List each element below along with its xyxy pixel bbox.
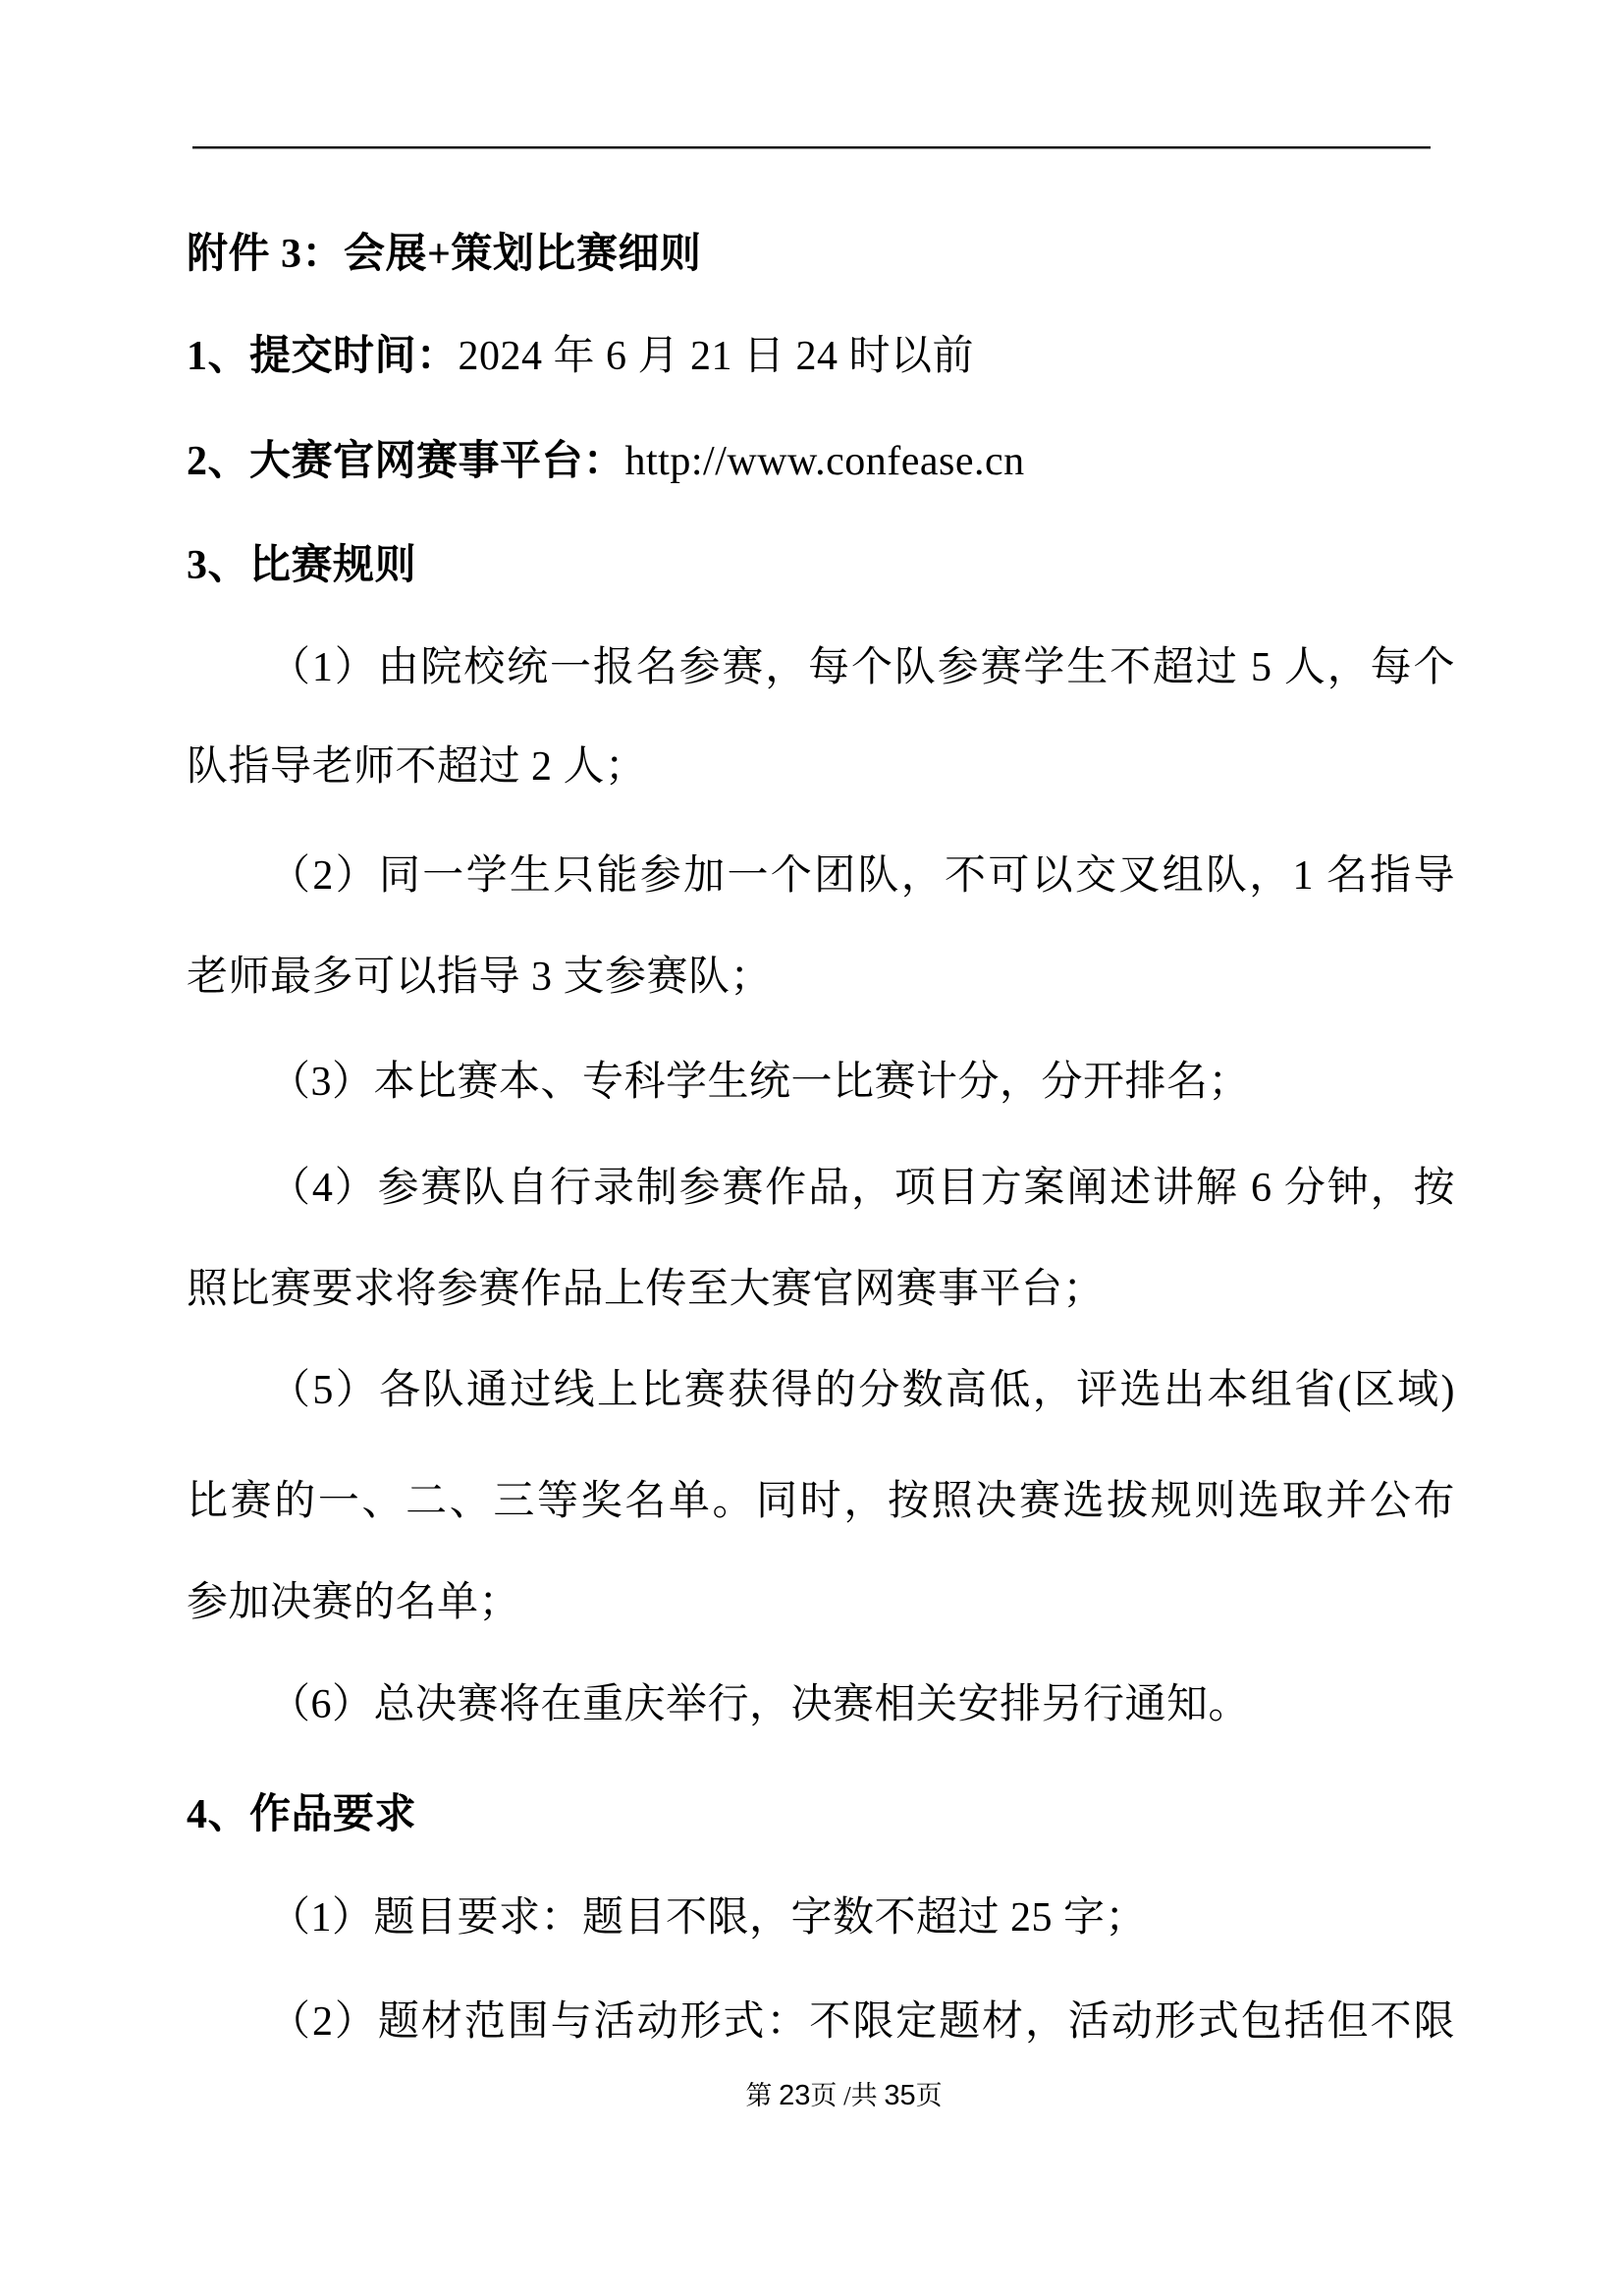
rule-line: （4）参赛队自行录制参赛作品，项目方案阐述讲解 6 分钟，按 <box>187 1164 1455 1213</box>
rule-line: 队指导老师不超过 2 人； <box>187 742 1455 792</box>
rule-line: （1）由院校统一报名参赛，每个队参赛学生不超过 5 人，每个 <box>187 643 1455 692</box>
rule-line: 参加决赛的名单； <box>187 1578 1455 1627</box>
rule-line: （5）各队通过线上比赛获得的分数高低，评选出本组省(区域) <box>187 1366 1455 1415</box>
rule-line: （2）同一学生只能参加一个团队，不可以交叉组队，1 名指导 <box>187 851 1455 901</box>
footer-prefix: 第 <box>745 2081 779 2110</box>
submission-time-value: 2024 年 6 月 21 日 24 时以前 <box>459 334 975 379</box>
rule-line: 比赛的一、二、三等奖名单。同时，按照决赛选拔规则选取并公布 <box>187 1477 1455 1526</box>
footer-current-page: 23 <box>779 2080 810 2111</box>
section-heading-rules: 3、比赛规则 <box>187 541 1455 590</box>
work-requirement-line: （1）题目要求：题目不限，字数不超过 25 字； <box>187 1893 1455 1942</box>
rule-line: （3）本比赛本、专科学生统一比赛计分，分开排名； <box>187 1058 1455 1107</box>
item-submission-time: 1、提交时间：2024 年 6 月 21 日 24 时以前 <box>187 332 1455 381</box>
footer-separator: 页 /共 <box>810 2081 884 2110</box>
rule-line: 照比赛要求将参赛作品上传至大赛官网赛事平台； <box>187 1265 1455 1314</box>
rule-line: 老师最多可以指导 3 支参赛队； <box>187 953 1455 1002</box>
work-requirement-line: （2）题材范围与活动形式：不限定题材，活动形式包括但不限 <box>187 1997 1455 2047</box>
section-heading-works: 4、作品要求 <box>187 1790 1455 1839</box>
footer-suffix: 页 <box>916 2081 943 2110</box>
page-title: 附件 3：会展+策划比赛细则 <box>187 230 1455 279</box>
page-footer: 第 23页 /共 35页 <box>0 2080 1623 2111</box>
footer-total-pages: 35 <box>884 2080 915 2111</box>
document-page: 附件 3：会展+策划比赛细则 1、提交时间：2024 年 6 月 21 日 24… <box>0 0 1623 2296</box>
platform-label: 2、大赛官网赛事平台： <box>187 439 625 484</box>
rule-line: （6）总决赛将在重庆举行，决赛相关安排另行通知。 <box>187 1680 1455 1729</box>
platform-url: http://www.confease.cn <box>625 439 1025 484</box>
header-rule <box>192 146 1431 149</box>
submission-time-label: 1、提交时间： <box>187 334 459 379</box>
item-platform: 2、大赛官网赛事平台：http://www.confease.cn <box>187 437 1455 486</box>
